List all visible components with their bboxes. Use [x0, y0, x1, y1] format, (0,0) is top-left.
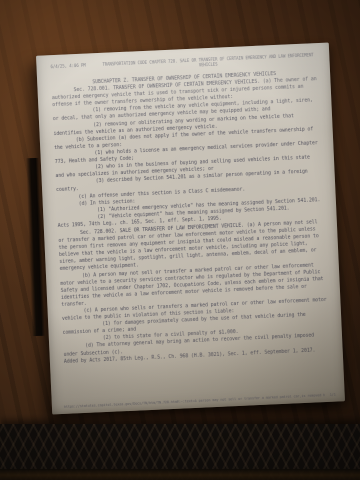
- table-mat: [0, 424, 360, 480]
- page-number: 1/1: [330, 393, 336, 397]
- print-timestamp: 6/4/25, 4:06 PM: [50, 63, 85, 70]
- print-footer: https://statutes.capitol.texas.gov/Docs/…: [64, 393, 336, 409]
- print-title: TRANSPORTATION CODE CHAPTER 728. SALE OR…: [100, 52, 317, 72]
- table-front-edge: [0, 469, 360, 480]
- statute-section-728-002: Sec. 728.002. SALE OR TRANSFER OF LAW EN…: [58, 219, 330, 359]
- footer-url: https://statutes.capitol.texas.gov/Docs/…: [64, 393, 325, 409]
- statute-page: 6/4/25, 4:06 PM TRANSPORTATION CODE CHAP…: [36, 43, 345, 415]
- photo-background: 6/4/25, 4:06 PM TRANSPORTATION CODE CHAP…: [0, 0, 360, 480]
- page-content: 6/4/25, 4:06 PM TRANSPORTATION CODE CHAP…: [36, 43, 345, 415]
- statute-section-728-001: Sec. 728.001. TRANSFER OF OWNERSHIP OF C…: [51, 76, 323, 223]
